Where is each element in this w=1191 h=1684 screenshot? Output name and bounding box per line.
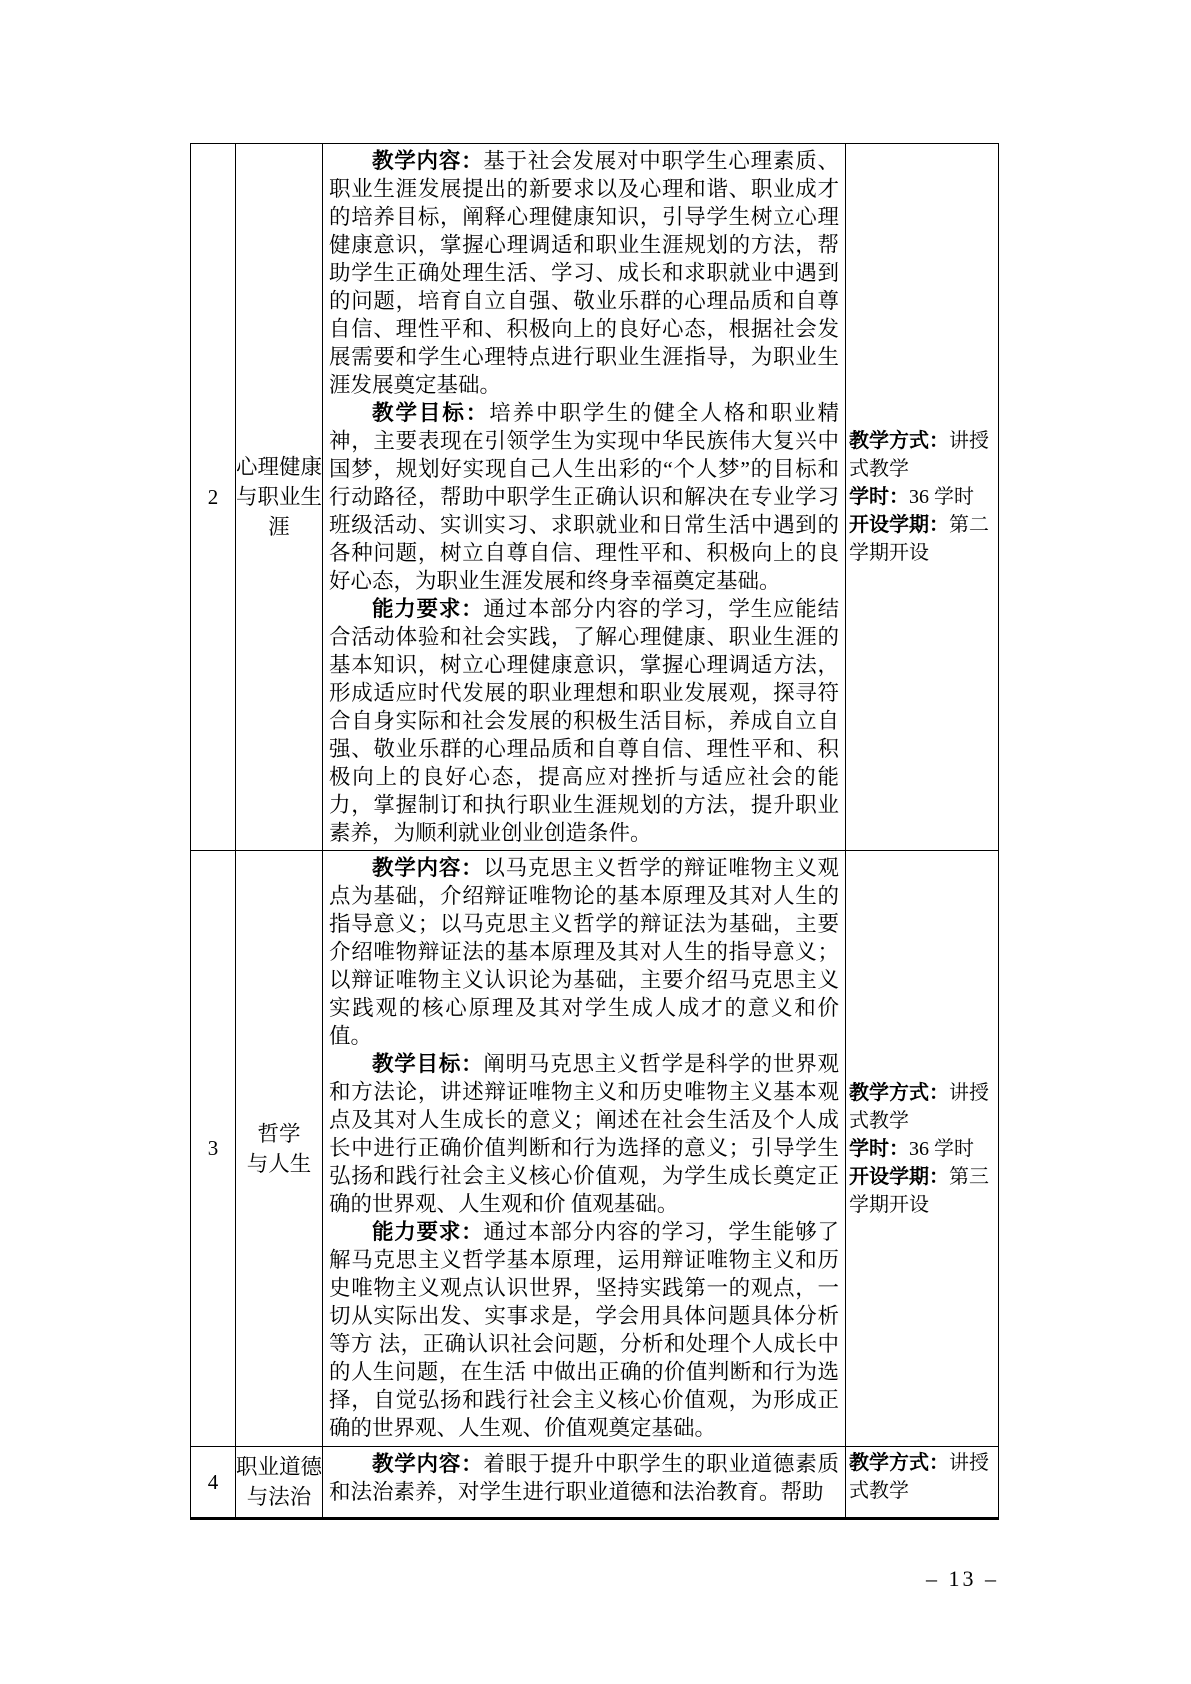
info-label: 教学方式： [849,1082,949,1104]
paragraph-text: 阐明马克思主义哲学是科学的世界观和方法论，讲述辩证唯物主义和历史唯物主义基本观点… [329,1052,839,1216]
course-info-cell: 教学方式：讲授式教学 学时：36 学时 开设学期：第三学期开设 [846,851,999,1447]
row-number: 2 [191,144,236,851]
table-row: 4 职业道德 与法治 教学内容：着眼于提升中职学生的职业道德素质和法治素养，对学… [191,1447,999,1519]
info-label: 学时： [849,1138,909,1160]
course-description-cell: 教学内容：着眼于提升中职学生的职业道德素质和法治素养，对学生进行职业道德和法治教… [323,1447,846,1519]
paragraph-text: 基于社会发展对中职学生心理素质、职业生涯发展提出的新要求以及心理和谐、职业成才的… [329,149,839,397]
info-teaching-method: 教学方式：讲授式教学 [849,1079,995,1135]
paragraph-text: 通过本部分内容的学习，学生应能结合活动体验和社会实践，了解心理健康、职业生涯的基… [329,597,839,845]
info-text: 36 学时 [909,1138,974,1160]
row-number: 3 [191,851,236,1447]
paragraph-teaching-content: 教学内容：基于社会发展对中职学生心理素质、职业生涯发展提出的新要求以及心理和谐、… [329,147,839,399]
info-class-hours: 学时：36 学时 [849,483,995,511]
info-label: 教学方式： [849,430,949,452]
course-name: 心理健康 与职业生 涯 [236,144,323,851]
info-text: 36 学时 [909,486,974,508]
paragraph-label: 教学目标： [372,401,489,425]
paragraph-teaching-goal: 教学目标：阐明马克思主义哲学是科学的世界观和方法论，讲述辩证唯物主义和历史唯物主… [329,1050,839,1218]
paragraph-teaching-content: 教学内容：以马克思主义哲学的辩证唯物主义观点为基础，介绍辩证唯物论的基本原理及其… [329,854,839,1050]
paragraph-label: 能力要求： [372,1220,483,1244]
paragraph-label: 教学内容： [372,1452,483,1476]
row-number: 4 [191,1447,236,1519]
paragraph-label: 教学内容： [372,856,483,880]
paragraph-text: 通过本部分内容的学习，学生能够了解马克思主义哲学基本原理，运用辩证唯物主义和历史… [329,1220,839,1440]
paragraph-label: 教学内容： [372,149,483,173]
course-info-cell: 教学方式：讲授式教学 [846,1447,999,1519]
info-teaching-method: 教学方式：讲授式教学 [849,1449,995,1505]
paragraph-ability-requirement: 能力要求：通过本部分内容的学习，学生应能结合活动体验和社会实践，了解心理健康、职… [329,595,839,847]
course-description-cell: 教学内容：基于社会发展对中职学生心理素质、职业生涯发展提出的新要求以及心理和谐、… [323,144,846,851]
info-label: 教学方式： [849,1452,949,1474]
page-number: – 13 – [926,1566,999,1592]
course-description-cell: 教学内容：以马克思主义哲学的辩证唯物主义观点为基础，介绍辩证唯物论的基本原理及其… [323,851,846,1447]
table-row: 3 哲学 与人生 教学内容：以马克思主义哲学的辩证唯物主义观点为基础，介绍辩证唯… [191,851,999,1447]
paragraph-label: 教学目标： [372,1052,483,1076]
info-label: 开设学期： [849,514,949,536]
info-semester: 开设学期：第二学期开设 [849,511,995,567]
info-teaching-method: 教学方式：讲授式教学 [849,427,995,483]
paragraph-ability-requirement: 能力要求：通过本部分内容的学习，学生能够了解马克思主义哲学基本原理，运用辩证唯物… [329,1218,839,1442]
info-class-hours: 学时：36 学时 [849,1135,995,1163]
course-outline-table: 2 心理健康 与职业生 涯 教学内容：基于社会发展对中职学生心理素质、职业生涯发… [190,143,999,1520]
paragraph-teaching-content: 教学内容：着眼于提升中职学生的职业道德素质和法治素养，对学生进行职业道德和法治教… [329,1450,839,1506]
course-name: 哲学 与人生 [236,851,323,1447]
paragraph-text: 培养中职学生的健全人格和职业精神，主要表现在引领学生为实现中华民族伟大复兴中国梦… [329,401,839,593]
course-name: 职业道德 与法治 [236,1447,323,1519]
table-row: 2 心理健康 与职业生 涯 教学内容：基于社会发展对中职学生心理素质、职业生涯发… [191,144,999,851]
course-info-cell: 教学方式：讲授式教学 学时：36 学时 开设学期：第二学期开设 [846,144,999,851]
info-label: 学时： [849,486,909,508]
info-label: 开设学期： [849,1166,949,1188]
paragraph-text: 以马克思主义哲学的辩证唯物主义观点为基础，介绍辩证唯物论的基本原理及其对人生的指… [329,856,839,1048]
paragraph-label: 能力要求： [372,597,483,621]
paragraph-teaching-goal: 教学目标：培养中职学生的健全人格和职业精神，主要表现在引领学生为实现中华民族伟大… [329,399,839,595]
info-semester: 开设学期：第三学期开设 [849,1163,995,1219]
